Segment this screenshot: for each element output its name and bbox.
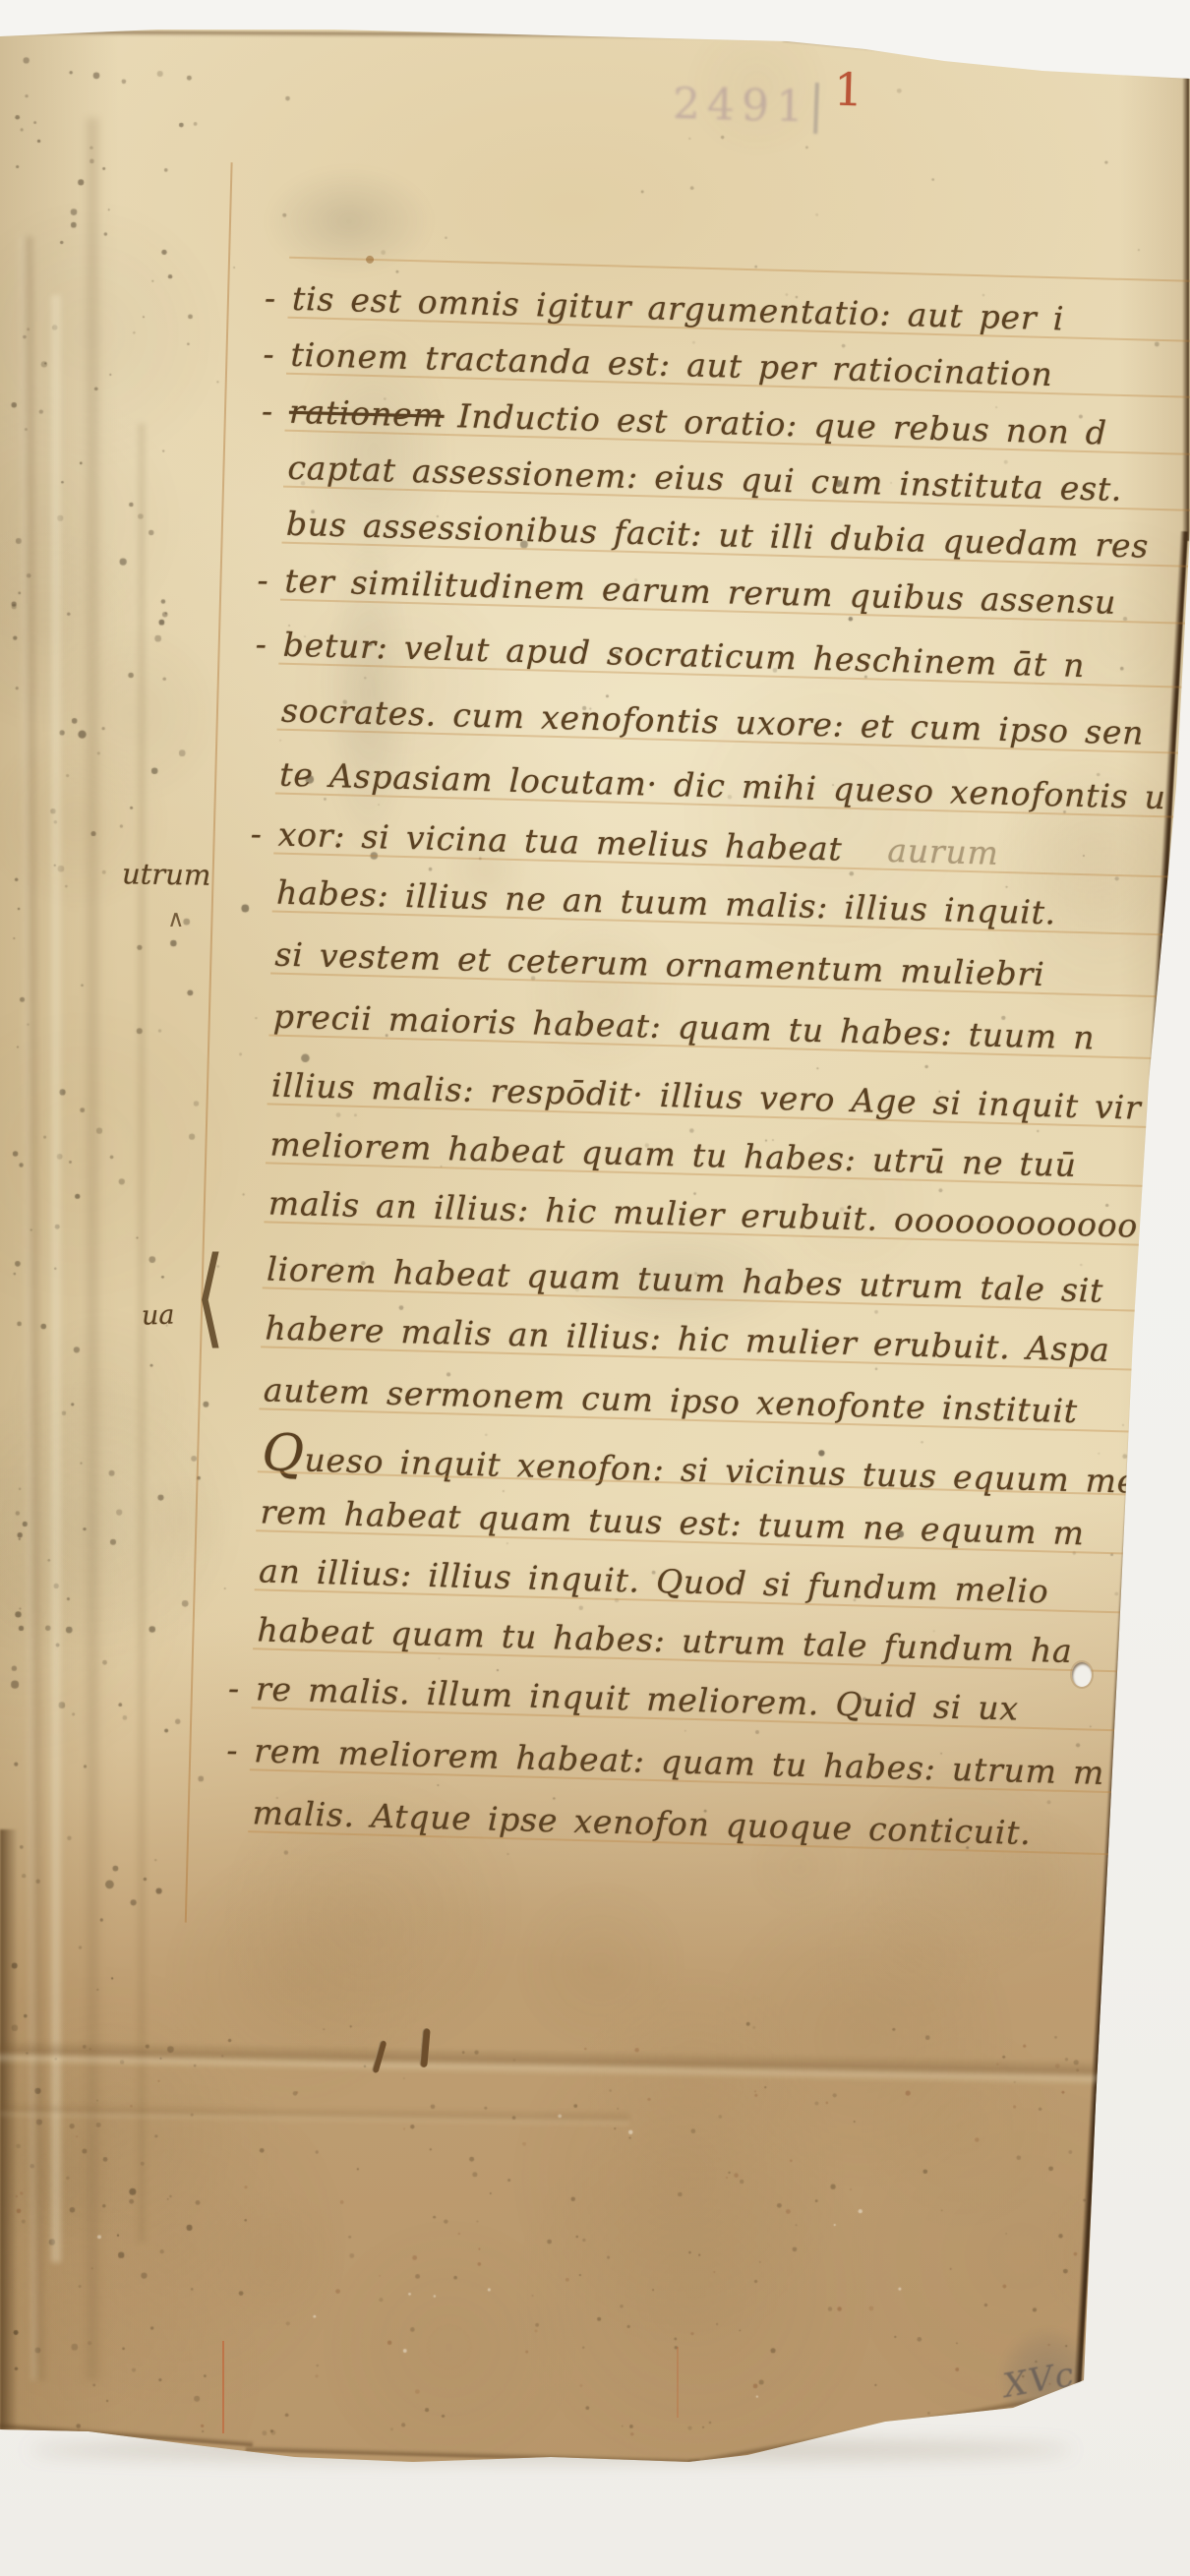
line-hyphen-mark: - <box>227 1660 240 1717</box>
line-text: habes: illius ne an tuum malis: illius i… <box>276 873 1057 932</box>
line-text: habeat quam tu habes: utrum tale fundum … <box>257 1610 1073 1670</box>
line-text: an illius: illius inquit. Quod si fundum… <box>259 1551 1049 1610</box>
line-hyphen-mark: - <box>255 616 268 673</box>
line-text: liorem habeat quam tuum habes utrum tale… <box>267 1249 1104 1309</box>
red-ruling-mark <box>677 2347 679 2418</box>
parchment-hole <box>1072 1662 1092 1687</box>
line-text: rem habeat quam tuus est: tuum ne equum … <box>260 1492 1085 1552</box>
struck-word: rationem <box>288 392 445 435</box>
red-ruling-mark <box>222 2341 224 2433</box>
line-text: rem meliorem habeat: quam tu habes: utru… <box>254 1731 1105 1792</box>
line-hyphen-mark: - <box>257 552 269 609</box>
line-hyphen-mark: - <box>264 270 276 327</box>
line-text: xor: si vicina tua melius habeat <box>277 815 843 869</box>
line-text: Inductio est oratio: que rebus non d <box>457 396 1107 451</box>
large-initial: Q <box>261 1423 305 1483</box>
insertion-caret-icon: ∧ <box>167 905 185 932</box>
line-text: autem sermonem cum ipso xenofonte instit… <box>263 1370 1078 1430</box>
margin-note-ua: ua <box>141 1299 175 1331</box>
margin-bracket-icon: ⟨ <box>195 1237 225 1356</box>
line-text: si vestem et ceterum ornamentum muliebri <box>274 935 1045 993</box>
folio-number: 1 <box>833 63 863 117</box>
line-text: precii maioris habeat: quam tu habes: tu… <box>272 997 1095 1057</box>
line-text: ter similitudinem earum rerum quibus ass… <box>284 562 1117 622</box>
line-text: habere malis an illius: hic mulier erubu… <box>265 1308 1110 1368</box>
manuscript-photo: { "page": { "description": "Medieval par… <box>0 0 1190 2576</box>
line-hyphen-mark: - <box>261 383 273 440</box>
faded-stamp: 2491 <box>672 80 810 133</box>
line-text: meliorem habeat quam tu habes: utrū ne t… <box>269 1125 1077 1184</box>
line-hyphen-mark: - <box>226 1722 239 1779</box>
line-text: re malis. illum inquit meliorem. Quid si… <box>255 1669 1019 1727</box>
line-text: betur: velut apud socraticum heschinem ā… <box>282 626 1085 685</box>
line-text: te Aspasiam locutam· dic mihi queso xeno… <box>279 755 1166 817</box>
line-text: illius malis: respōdit· illius vero Age … <box>271 1066 1142 1127</box>
line-text: malis an illius: hic mulier erubuit. ooo… <box>268 1184 1138 1245</box>
line-text: tionem tractanda est: aut per ratiocinat… <box>290 335 1053 393</box>
parchment-leaf: 2491 1 -tis est omnis igitur argumentati… <box>0 0 1190 2576</box>
line-hyphen-mark: - <box>263 326 275 383</box>
text-block: -tis est omnis igitur argumentatio: aut … <box>182 261 1190 1908</box>
line-hyphen-mark: - <box>250 806 263 863</box>
photo-backdrop: 2491 1 -tis est omnis igitur argumentati… <box>0 0 1190 2576</box>
faded-word: aurum <box>887 831 999 872</box>
line-text: malis. Atque ipse xenofon quoque conticu… <box>252 1793 1032 1852</box>
line-text: socrates. cum xenofontis uxore: et cum i… <box>281 691 1145 752</box>
margin-note-utrum: utrum <box>122 857 211 892</box>
